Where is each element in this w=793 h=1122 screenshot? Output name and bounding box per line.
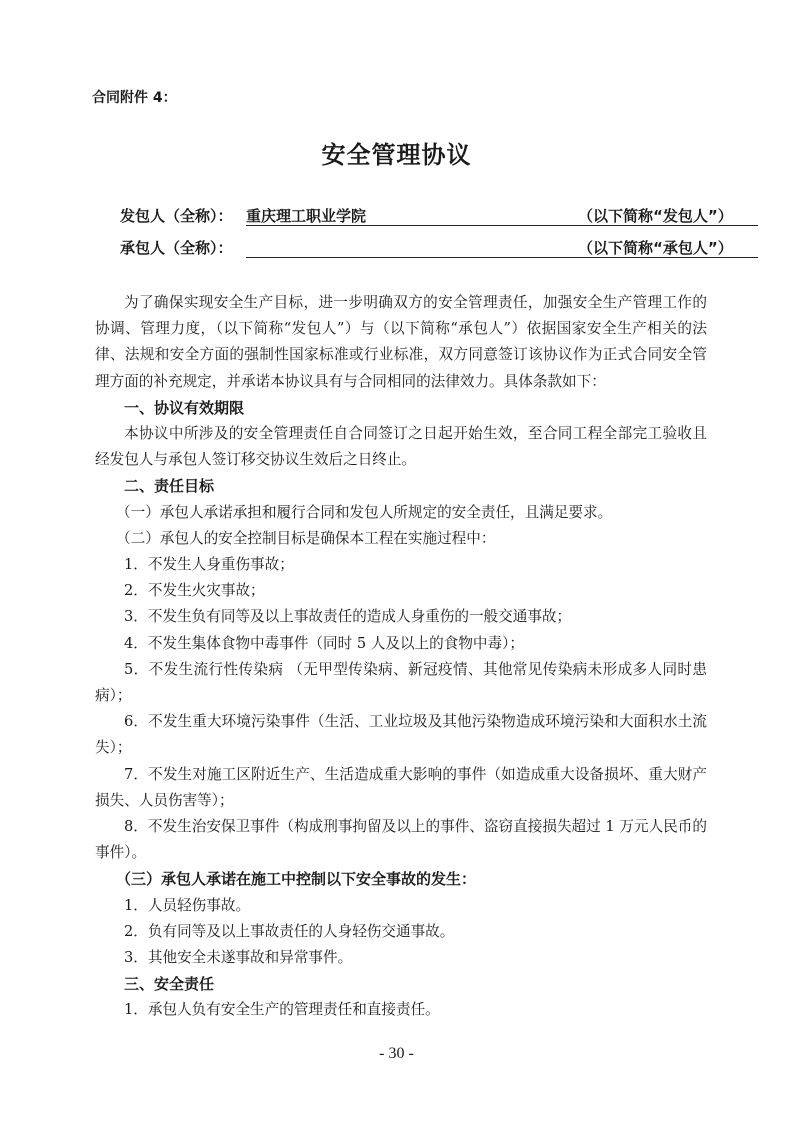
section-heading: 二、责任目标 xyxy=(95,473,707,499)
section-heading: 三、安全责任 xyxy=(95,971,707,997)
list-item: 2．负有同等及以上事故责任的人身轻伤交通事故。 xyxy=(95,919,707,945)
list-item: 8．不发生治安保卫事件（构成刑事拘留及以上的事件、盗窃直接损失超过 1 万元人民… xyxy=(95,814,707,866)
employer-label: 发包人（全称）： xyxy=(120,205,233,226)
document-body: 为了确保实现安全生产目标，进一步明确双方的安全管理责任，加强安全生产管理工作的协… xyxy=(95,290,707,1024)
subsection-text: （二）承包人的安全控制目标是确保本工程在实施过程中： xyxy=(95,526,707,552)
document-page: 合同附件 4： 安全管理协议 发包人（全称）： 重庆理工职业学院 （以下简称“发… xyxy=(0,0,793,1122)
contractor-abbr: （以下简称“承包人”） xyxy=(578,237,733,258)
employer-name: 重庆理工职业学院 xyxy=(246,205,366,226)
list-item: 4．不发生集体食物中毒事件（同时 5 人及以上的食物中毒）； xyxy=(95,631,707,657)
page-title: 安全管理协议 xyxy=(0,135,793,170)
list-item: 5．不发生流行性传染病 （无甲型传染病、新冠疫情、其他常见传染病未形成多人同时患… xyxy=(95,657,707,709)
attachment-label: 合同附件 4： xyxy=(92,87,177,107)
list-item: 3．不发生负有同等及以上事故责任的造成人身重伤的一般交通事故； xyxy=(95,604,707,630)
list-item: 1．承包人负有安全生产的管理责任和直接责任。 xyxy=(95,997,707,1023)
section-heading: 一、协议有效期限 xyxy=(95,395,707,421)
list-item: 1．不发生人身重伤事故； xyxy=(95,552,707,578)
list-item: 2．不发生火灾事故； xyxy=(95,578,707,604)
list-item: 3．其他安全未遂事故和异常事件。 xyxy=(95,945,707,971)
employer-name-field: 重庆理工职业学院 （以下简称“发包人”） xyxy=(246,205,758,226)
paragraph: 本协议中所涉及的安全管理责任自合同签订之日起开始生效，至合同工程全部完工验收且经… xyxy=(95,421,707,473)
employer-abbr: （以下简称“发包人”） xyxy=(578,205,733,226)
page-number: - 30 - xyxy=(0,1045,793,1063)
list-item: 7．不发生对施工区附近生产、生活造成重大影响的事件（如造成重大设备损坏、重大财产… xyxy=(95,762,707,814)
subsection-text: （一）承包人承诺承担和履行合同和发包人所规定的安全责任，且满足要求。 xyxy=(95,500,707,526)
list-item: 1．人员轻伤事故。 xyxy=(95,893,707,919)
contractor-label: 承包人（全称）： xyxy=(120,237,233,258)
subsection-heading: （三）承包人承诺在施工中控制以下安全事故的发生： xyxy=(95,866,707,892)
list-item: 6．不发生重大环境污染事件（生活、工业垃圾及其他污染物造成环境污染和大面积水土流… xyxy=(95,709,707,761)
contractor-name-field: （以下简称“承包人”） xyxy=(246,237,758,258)
intro-paragraph: 为了确保实现安全生产目标，进一步明确双方的安全管理责任，加强安全生产管理工作的协… xyxy=(95,290,707,395)
